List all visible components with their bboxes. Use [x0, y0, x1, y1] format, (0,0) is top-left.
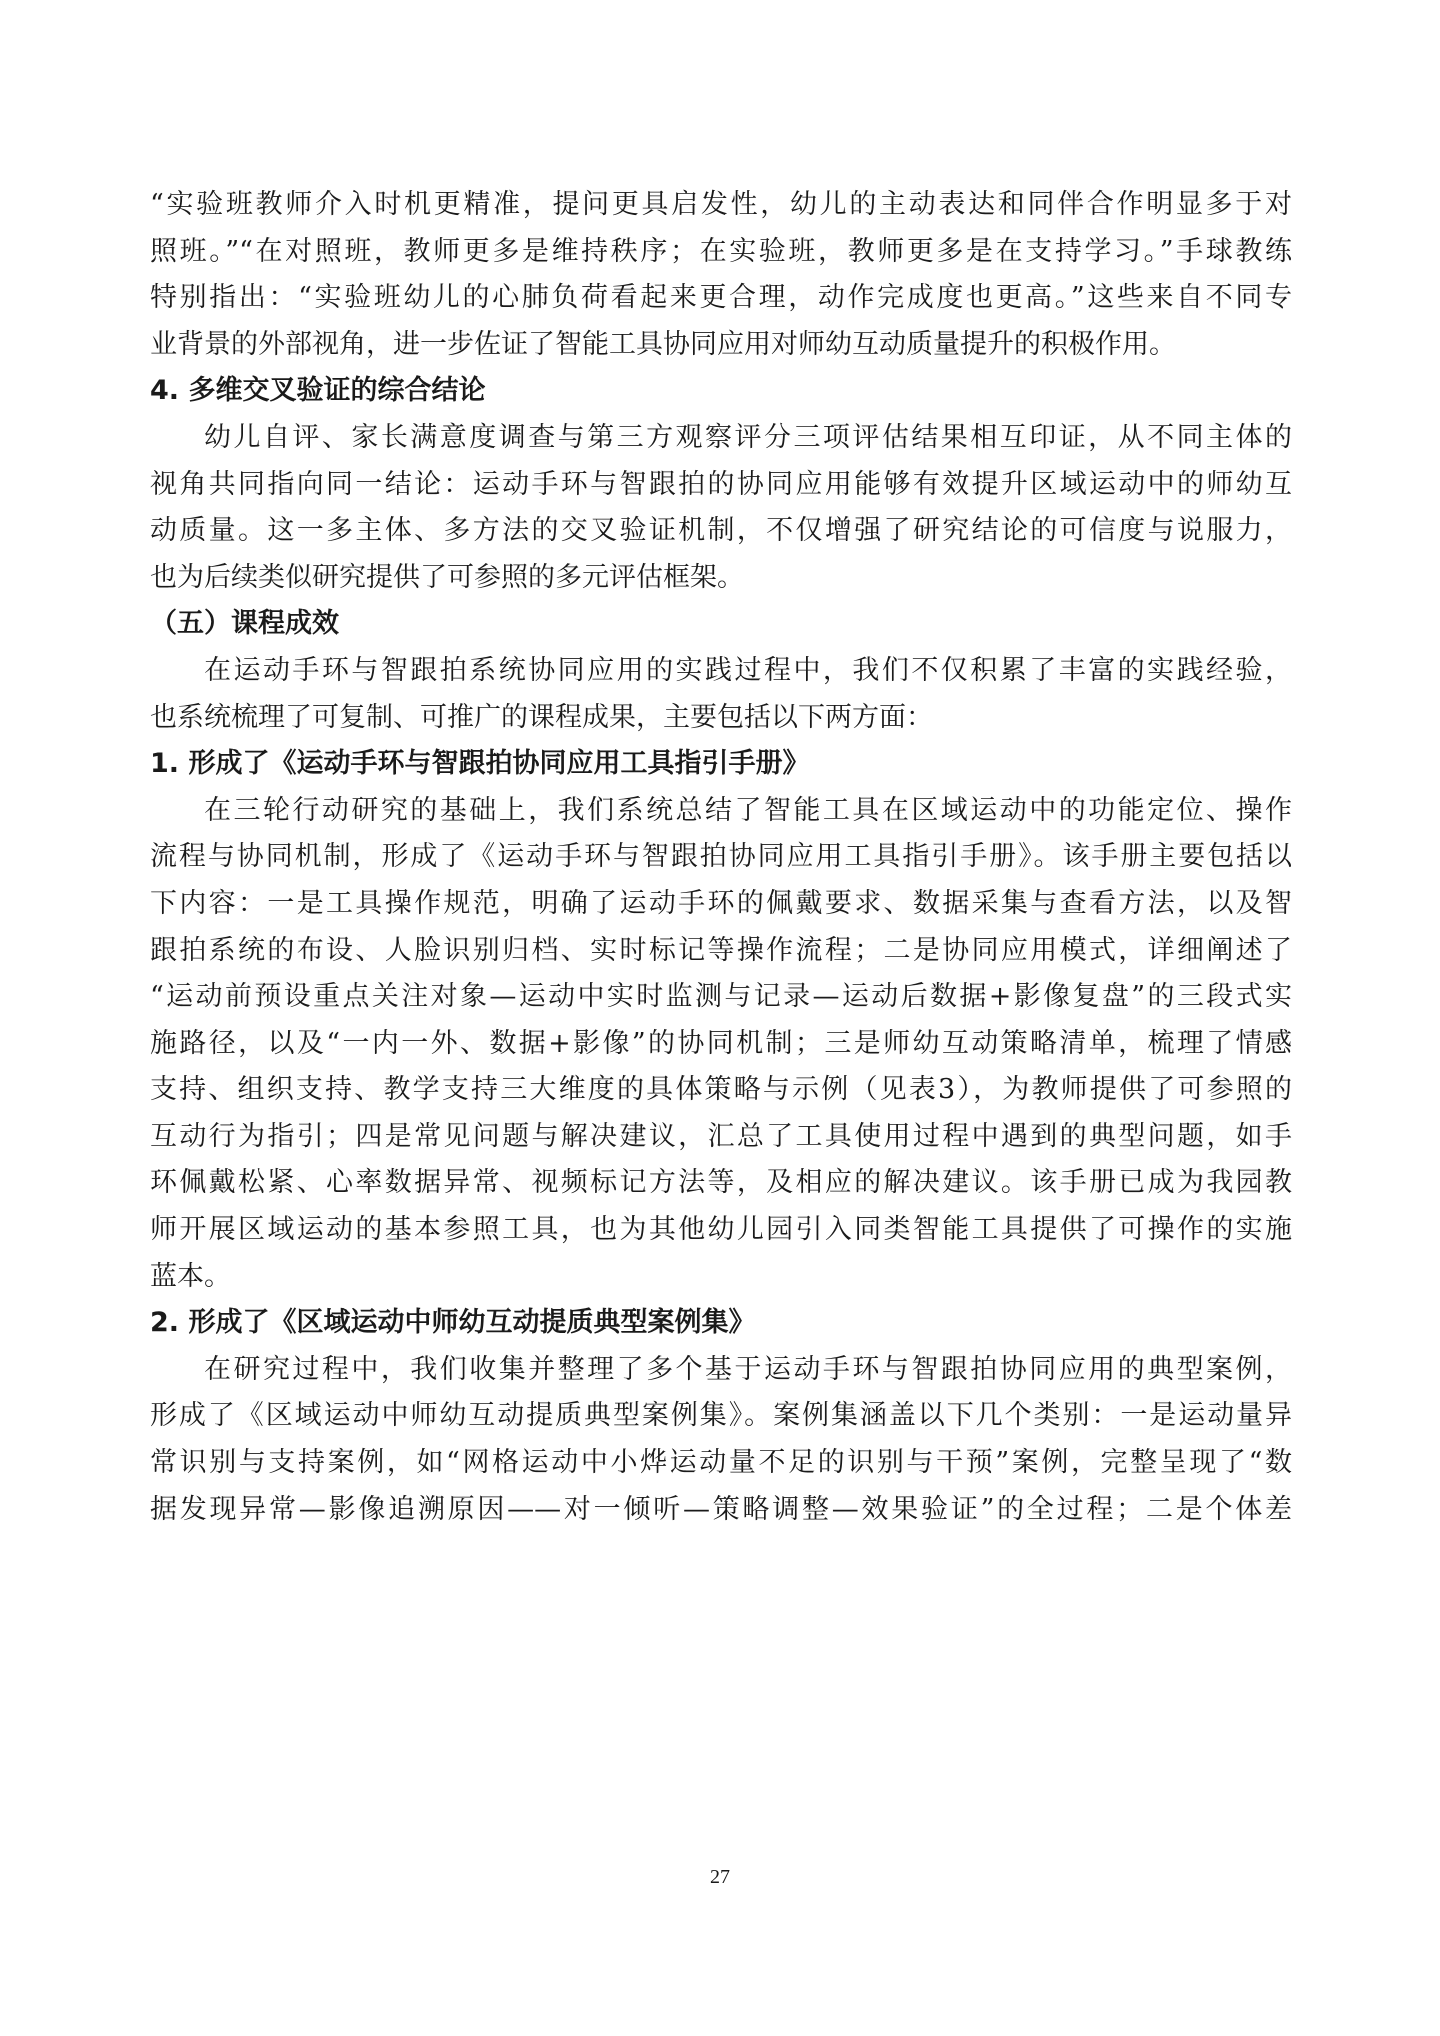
paragraph-course-outcomes-intro: 在运动手环与智跟拍系统协同应用的实践过程中，我们不仅积累了丰富的实践经验， 也系… — [150, 648, 1292, 741]
text-line: 施路径，以及“一内一外、数据+影像”的协同机制；三是师幼互动策略清单，梳理了情感 — [150, 1021, 1292, 1068]
text-line: 动质量。这一多主体、多方法的交叉验证机制，不仅增强了研究结论的可信度与说服力， — [150, 508, 1292, 555]
text-line: 特别指出：“实验班幼儿的心肺负荷看起来更合理，动作完成度也更高。”这些来自不同专 — [150, 275, 1292, 322]
text-line: 互动行为指引；四是常见问题与解决建议，汇总了工具使用过程中遇到的典型问题，如手 — [150, 1114, 1292, 1161]
text-line: 常识别与支持案例，如“网格运动中小烨运动量不足的识别与干预”案例，完整呈现了“数 — [150, 1440, 1292, 1487]
paragraph-cross-validation: 幼儿自评、家长满意度调查与第三方观察评分三项评估结果相互印证，从不同主体的 视角… — [150, 415, 1292, 601]
section-heading-4: 4. 多维交叉验证的综合结论 — [150, 368, 1292, 415]
text-line: 照班。”“在对照班，教师更多是维持秩序；在实验班，教师更多是在支持学习。”手球教… — [150, 229, 1292, 276]
text-line: 支持、组织支持、教学支持三大维度的具体策略与示例（见表3），为教师提供了可参照的 — [150, 1067, 1292, 1114]
text-line: 下内容：一是工具操作规范，明确了运动手环的佩戴要求、数据采集与查看方法，以及智 — [150, 881, 1292, 928]
paragraph-case-collection: 在研究过程中，我们收集并整理了多个基于运动手环与智跟拍协同应用的典型案例， 形成… — [150, 1347, 1292, 1533]
text-line: 据发现异常—影像追溯原因——对一倾听—策略调整—效果验证”的全过程；二是个体差 — [150, 1487, 1292, 1534]
paragraph-observer-quotes: “实验班教师介入时机更精准，提问更具启发性，幼儿的主动表达和同伴合作明显多于对 … — [150, 182, 1292, 368]
text-line: 视角共同指向同一结论：运动手环与智跟拍的协同应用能够有效提升区域运动中的师幼互 — [150, 462, 1292, 509]
text-line: 也系统梳理了可复制、可推广的课程成果，主要包括以下两方面： — [150, 695, 1292, 742]
page-number: 27 — [0, 1866, 1440, 1889]
text-line: 跟拍系统的布设、人脸识别归档、实时标记等操作流程；二是协同应用模式，详细阐述了 — [150, 928, 1292, 975]
subsection-heading-2: 2. 形成了《区域运动中师幼互动提质典型案例集》 — [150, 1300, 1292, 1347]
subsection-heading-1: 1. 形成了《运动手环与智跟拍协同应用工具指引手册》 — [150, 741, 1292, 788]
section-heading-5: （五）课程成效 — [150, 601, 1292, 648]
text-line: 环佩戴松紧、心率数据异常、视频标记方法等，及相应的解决建议。该手册已成为我园教 — [150, 1160, 1292, 1207]
text-line: 也为后续类似研究提供了可参照的多元评估框架。 — [150, 555, 1292, 602]
text-line: 在运动手环与智跟拍系统协同应用的实践过程中，我们不仅积累了丰富的实践经验， — [150, 648, 1292, 695]
text-line: 业背景的外部视角，进一步佐证了智能工具协同应用对师幼互动质量提升的积极作用。 — [150, 322, 1292, 369]
text-line: 在三轮行动研究的基础上，我们系统总结了智能工具在区域运动中的功能定位、操作 — [150, 788, 1292, 835]
text-line: 形成了《区域运动中师幼互动提质典型案例集》。案例集涵盖以下几个类别：一是运动量异 — [150, 1393, 1292, 1440]
text-line: 师开展区域运动的基本参照工具，也为其他幼儿园引入同类智能工具提供了可操作的实施 — [150, 1207, 1292, 1254]
paragraph-tool-manual: 在三轮行动研究的基础上，我们系统总结了智能工具在区域运动中的功能定位、操作 流程… — [150, 788, 1292, 1301]
text-line: 流程与协同机制，形成了《运动手环与智跟拍协同应用工具指引手册》。该手册主要包括以 — [150, 834, 1292, 881]
text-line: 幼儿自评、家长满意度调查与第三方观察评分三项评估结果相互印证，从不同主体的 — [150, 415, 1292, 462]
text-line: “运动前预设重点关注对象—运动中实时监测与记录—运动后数据+影像复盘”的三段式实 — [150, 974, 1292, 1021]
document-page: “实验班教师介入时机更精准，提问更具启发性，幼儿的主动表达和同伴合作明显多于对 … — [150, 182, 1292, 1533]
text-line: 蓝本。 — [150, 1254, 1292, 1301]
text-line: 在研究过程中，我们收集并整理了多个基于运动手环与智跟拍协同应用的典型案例， — [150, 1347, 1292, 1394]
text-line: “实验班教师介入时机更精准，提问更具启发性，幼儿的主动表达和同伴合作明显多于对 — [150, 182, 1292, 229]
